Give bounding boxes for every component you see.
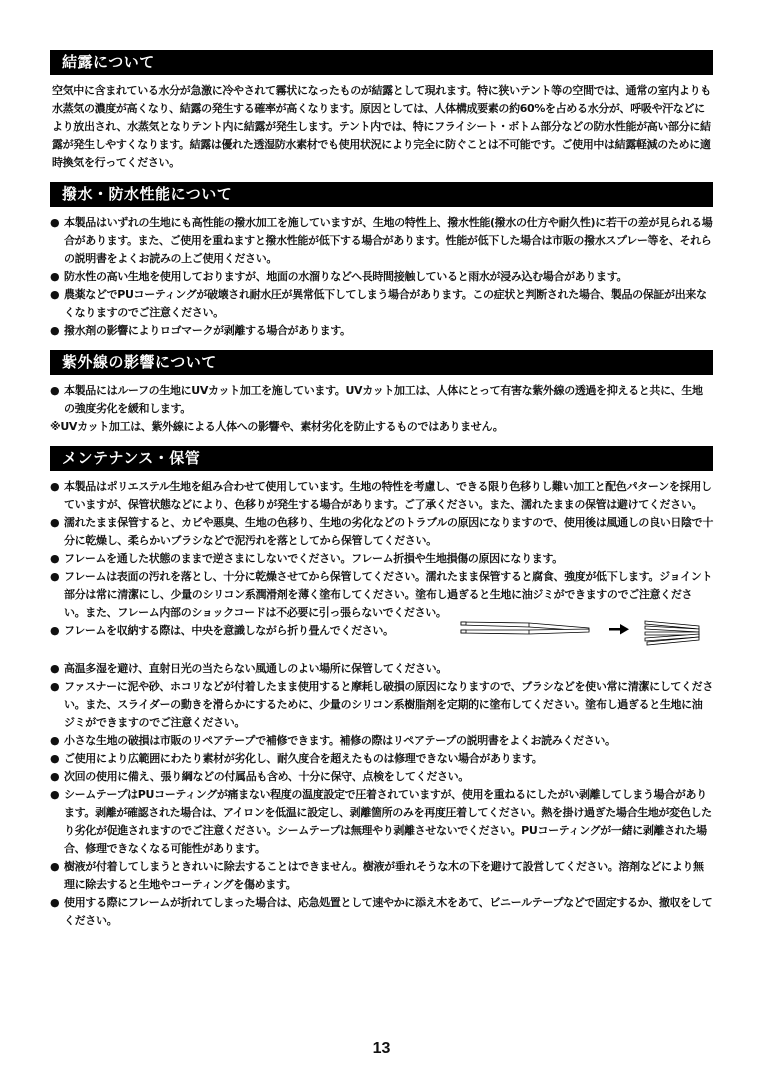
list-item: ●ファスナーに泥や砂、ホコリなどが付着したまま使用すると摩耗し破損の原因になりま… xyxy=(50,678,713,732)
section-heading: 結露について xyxy=(50,50,713,75)
bullet-icon: ● xyxy=(50,514,59,532)
manual-page: 結露について 空気中に含まれている水分が急激に冷やされて霧状になったものが結露と… xyxy=(50,50,713,940)
list-item: ●シームテープはPUコーティングが痛まない程度の温度設定で圧着されていますが、使… xyxy=(50,786,713,858)
list-item: ●フレームは表面の汚れを落とし、十分に乾燥させてから保管してください。濡れたまま… xyxy=(50,568,713,622)
list-item: ●高温多湿を避け、直射日光の当たらない風通しのよい場所に保管してください。 xyxy=(50,660,713,678)
list-item: ●防水性の高い生地を使用しておりますが、地面の水溜りなどへ長時間接触していると雨… xyxy=(50,268,713,286)
bullet-icon: ● xyxy=(50,322,59,340)
bullet-icon: ● xyxy=(50,660,59,678)
bullet-icon: ● xyxy=(50,214,59,232)
list-item: ●撥水剤の影響によりロゴマークが剥離する場合があります。 xyxy=(50,322,713,340)
list-item: ●本製品はいずれの生地にも高性能の撥水加工を施していますが、生地の特性上、撥水性… xyxy=(50,214,713,268)
list-item: ●フレームを収納する際は、中央を意識しながら折り畳んでください。 xyxy=(50,622,713,640)
list-item: ●本製品はポリエステル生地を組み合わせて使用しています。生地の特性を考慮し、でき… xyxy=(50,478,713,514)
bullet-icon: ● xyxy=(50,768,59,786)
bullet-list: ●本製品にはルーフの生地にUVカット加工を施しています。UVカット加工は、人体に… xyxy=(50,382,713,418)
section-paragraph: 空気中に含まれている水分が急激に冷やされて霧状になったものが結露として現れます。… xyxy=(50,82,713,172)
bullet-icon: ● xyxy=(50,678,59,696)
page-number: 13 xyxy=(0,1040,763,1058)
section-heading: メンテナンス・保管 xyxy=(50,446,713,471)
section-uv: 紫外線の影響について ●本製品にはルーフの生地にUVカット加工を施しています。U… xyxy=(50,350,713,436)
list-item: ●濡れたまま保管すると、カビや悪臭、生地の色移り、生地の劣化などのトラブルの原因… xyxy=(50,514,713,550)
bullet-icon: ● xyxy=(50,894,59,912)
figure-spacer xyxy=(50,640,713,660)
section-condensation: 結露について 空気中に含まれている水分が急激に冷やされて霧状になったものが結露と… xyxy=(50,50,713,172)
list-item: ●次回の使用に備え、張り綱などの付属品も含め、十分に保守、点検をしてください。 xyxy=(50,768,713,786)
bullet-icon: ● xyxy=(50,382,59,400)
list-item: ●小さな生地の破損は市販のリペアテープで補修できます。補修の際はリペアテープの説… xyxy=(50,732,713,750)
list-item: ●樹液が付着してしまうときれいに除去することはできません。樹液が垂れそうな木の下… xyxy=(50,858,713,894)
section-heading: 撥水・防水性能について xyxy=(50,182,713,207)
uv-note: ※UVカット加工は、紫外線による人体への影響や、素材劣化を防止するものではありま… xyxy=(50,418,713,436)
bullet-icon: ● xyxy=(50,550,59,568)
section-maintenance-storage: メンテナンス・保管 ●本製品はポリエステル生地を組み合わせて使用しています。生地… xyxy=(50,446,713,930)
bullet-icon: ● xyxy=(50,732,59,750)
bullet-icon: ● xyxy=(50,286,59,304)
list-item: ●農薬などでPUコーティングが破壊され耐水圧が異常低下してしまう場合があります。… xyxy=(50,286,713,322)
list-item: ●使用する際にフレームが折れてしまった場合は、応急処置として速やかに添え木をあて… xyxy=(50,894,713,930)
bullet-icon: ● xyxy=(50,786,59,804)
bullet-icon: ● xyxy=(50,568,59,586)
list-item: ●本製品にはルーフの生地にUVカット加工を施しています。UVカット加工は、人体に… xyxy=(50,382,713,418)
bullet-list: ●本製品はポリエステル生地を組み合わせて使用しています。生地の特性を考慮し、でき… xyxy=(50,478,713,930)
bullet-icon: ● xyxy=(50,858,59,876)
section-water-repellency: 撥水・防水性能について ●本製品はいずれの生地にも高性能の撥水加工を施しています… xyxy=(50,182,713,340)
list-item: ●フレームを通した状態のままで逆さまにしないでください。フレーム折損や生地損傷の… xyxy=(50,550,713,568)
bullet-icon: ● xyxy=(50,268,59,286)
bullet-icon: ● xyxy=(50,750,59,768)
bullet-icon: ● xyxy=(50,622,59,640)
list-item: ●ご使用により広範囲にわたり素材が劣化し、耐久度合を超えたものは修理できない場合… xyxy=(50,750,713,768)
section-heading: 紫外線の影響について xyxy=(50,350,713,375)
bullet-list: ●本製品はいずれの生地にも高性能の撥水加工を施していますが、生地の特性上、撥水性… xyxy=(50,214,713,340)
bullet-icon: ● xyxy=(50,478,59,496)
